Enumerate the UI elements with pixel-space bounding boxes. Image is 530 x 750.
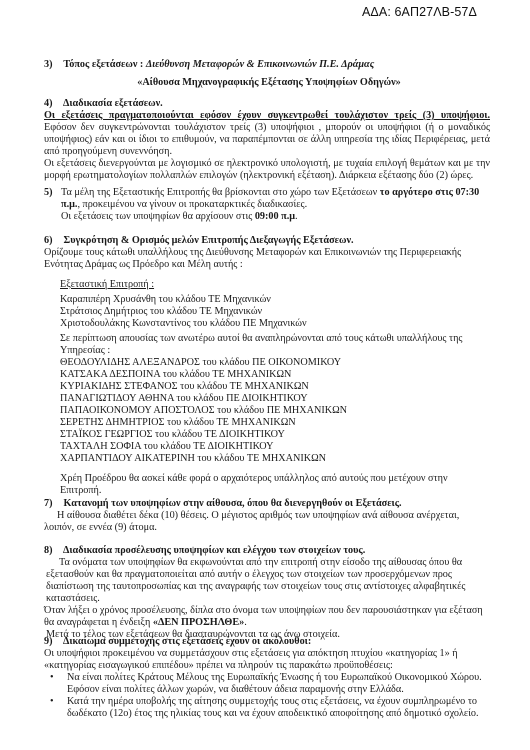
section-6-number: 6) xyxy=(44,235,61,247)
eligibility-text: Κατά την ημέρα υποβολής της αίτησης συμμ… xyxy=(67,696,490,720)
eligibility-text: Να είναι πολίτες Κράτους Μέλους της Ευρω… xyxy=(67,672,490,696)
exam-room: «Αίθουσα Μηχανογραφικής Εξέτασης Υποψηφί… xyxy=(44,77,490,89)
substitute-member: ΚΑΤΣΑΚΑ ΔΕΣΠΟΙΝΑ του κλάδου ΤΕ ΜΗΧΑΝΙΚΩΝ xyxy=(60,369,490,381)
section-7: 7) Κατανομή των υποψηφίων στην αίθουσα, … xyxy=(44,498,490,534)
substitute-member: ΠΑΠΑΟΙΚΟΝΟΜΟΥ ΑΠΟΣΤΟΛΟΣ του κλάδου ΠΕ ΜΗ… xyxy=(60,405,490,417)
section-8-number: 8) xyxy=(44,545,61,557)
section-8-title: Διαδικασία προσέλευσης υποψηφίων και ελέ… xyxy=(63,545,365,556)
substitute-member: ΧΑΡΠΑΝΤΙΔΟΥ ΑΙΚΑΤΕΡΙΝΗ του κλάδου ΤΕ ΜΗΧ… xyxy=(60,453,490,465)
substitutes-intro: Σε περίπτωση απουσίας των ανωτέρω αυτοί … xyxy=(60,333,490,357)
committee-member: Στράτσιος Δημήτριος του κλάδου ΤΕ Μηχανι… xyxy=(60,306,490,318)
section-6-title: Συγκρότηση & Ορισμός μελών Επιτροπής Διε… xyxy=(64,235,354,246)
section-5-text-2: , προκειμένου να γίνουν οι προκαταρκτικέ… xyxy=(77,199,307,210)
substitute-member: ΣΕΡΕΤΗΣ ΔΗΜΗΤΡΙΟΣ του κλάδου ΤΕ ΜΗΧΑΝΙΚΩ… xyxy=(60,417,490,429)
substitute-member: ΚΥΡΙΑΚΙΔΗΣ ΣΤΕΦΑΝΟΣ του κλάδου ΤΕ ΜΗΧΑΝΙ… xyxy=(60,381,490,393)
section-9-title: Δικαίωμα συμμετοχής στις εξετάσεις έχουν… xyxy=(63,636,311,647)
bullet-icon: • xyxy=(50,696,67,720)
committee-label: Εξεταστική Επιτροπή : xyxy=(60,279,490,291)
section-9: 9) Δικαίωμα συμμετοχής στις εξετάσεις έχ… xyxy=(44,636,490,720)
section-3: 3) Τόπος εξετάσεων : Διεύθυνση Μεταφορών… xyxy=(44,59,490,89)
committee-member: Καραπιπέρη Χρυσάνθη του κλάδου ΤΕ Μηχανι… xyxy=(60,294,490,306)
section-6: 6) Συγκρότηση & Ορισμός μελών Επιτροπής … xyxy=(44,235,490,497)
eligibility-list: •Να είναι πολίτες Κράτους Μέλους της Ευρ… xyxy=(44,672,490,720)
section-7-number: 7) xyxy=(44,498,61,510)
section-5-number: 5) xyxy=(44,187,61,223)
eligibility-item: •Κατά την ημέρα υποβολής της αίτησης συμ… xyxy=(44,696,490,720)
min-candidates-rule: Οι εξετάσεις πραγματοποιούνται εφόσον έχ… xyxy=(44,110,490,121)
absent-marker: «ΔΕΝ ΠΡΟΣΗΛΘΕ» xyxy=(153,617,244,628)
section-8-period: . xyxy=(244,617,247,628)
substitute-members: ΘΕΟΔΟΥΛΙΔΗΣ ΑΛΕΞΑΝΔΡΟΣ του κλάδου ΠΕ ΟΙΚ… xyxy=(60,357,490,465)
eligibility-item: •Να είναι πολίτες Κράτους Μέλους της Ευρ… xyxy=(44,672,490,696)
committee-members: Καραπιπέρη Χρυσάνθη του κλάδου ΤΕ Μηχανι… xyxy=(60,294,490,330)
section-8-paragraph-1: Τα ονόματα των υποψηφίων θα εκφωνούνται … xyxy=(44,557,490,605)
exam-place: Διεύθυνση Μεταφορών & Επικοινωνιών Π.Ε. … xyxy=(146,59,374,70)
section-8: 8) Διαδικασία προσέλευσης υποψηφίων και … xyxy=(44,545,490,641)
section-3-number: 3) xyxy=(44,59,61,71)
section-5-period: . xyxy=(295,211,298,222)
section-7-title: Κατανομή των υποψηφίων στην αίθουσα, όπο… xyxy=(64,498,402,509)
section-9-intro: Οι υποψήφιοι προκειμένου να συμμετάσχουν… xyxy=(44,648,490,672)
section-3-label: Τόπος εξετάσεων : xyxy=(63,59,146,70)
chair-note: Χρέη Προέδρου θα ασκεί κάθε φορά ο αρχαι… xyxy=(60,473,490,497)
substitute-member: ΘΕΟΔΟΥΛΙΔΗΣ ΑΛΕΞΑΝΔΡΟΣ του κλάδου ΠΕ ΟΙΚ… xyxy=(60,357,490,369)
section-6-intro: Ορίζουμε τους κάτωθι υπαλλήλους της Διεύ… xyxy=(44,247,490,271)
section-9-number: 9) xyxy=(44,636,61,648)
ada-code: ΑΔΑ: 6ΑΠ27ΛΒ-57Δ xyxy=(362,6,477,18)
section-5-text: Τα μέλη της Εξεταστικής Επιτροπής θα βρί… xyxy=(61,187,380,198)
substitute-member: ΤΑΧΤΑΛΗ ΣΟΦΙΑ του κλάδου ΤΕ ΔΙΟΙΚΗΤΙΚΟΥ xyxy=(60,441,490,453)
bullet-icon: • xyxy=(50,672,67,696)
substitute-member: ΣΤΑΪΚΟΣ ΓΕΩΡΓΙΟΣ του κλάδου ΤΕ ΔΙΟΙΚΗΤΙΚ… xyxy=(60,429,490,441)
section-7-text: Η αίθουσα διαθέτει δέκα (10) θέσεις. Ο μ… xyxy=(44,510,490,534)
section-4: 4) Διαδικασία εξετάσεων. Οι εξετάσεις πρ… xyxy=(44,98,490,182)
section-4-paragraph-1: Εφόσον δεν συγκεντρώνονται τουλάχιστον τ… xyxy=(44,122,490,157)
section-8-paragraph-2: Όταν λήξει ο χρόνος προσέλευσης, δίπλα σ… xyxy=(44,605,483,628)
committee-member: Χριστοδουλάκης Κωνσταντίνος του κλάδου Π… xyxy=(60,318,490,330)
substitute-member: ΠΑΝΑΓΙΩΤΙΔΟΥ ΑΘΗΝΑ του κλάδου ΠΕ ΔΙΟΙΚΗΤ… xyxy=(60,393,490,405)
section-5: 5) Τα μέλη της Εξεταστικής Επιτροπής θα … xyxy=(44,187,490,223)
start-time: 09:00 π.μ xyxy=(255,211,295,222)
section-4-number: 4) xyxy=(44,98,61,110)
section-4-title: Διαδικασία εξετάσεων. xyxy=(63,98,163,109)
section-4-paragraph-2: Οι εξετάσεις διενεργούνται με λογισμικό … xyxy=(44,158,490,182)
section-5-text-3: Οι εξετάσεις των υποψηφίων θα αρχίσουν σ… xyxy=(61,211,255,222)
